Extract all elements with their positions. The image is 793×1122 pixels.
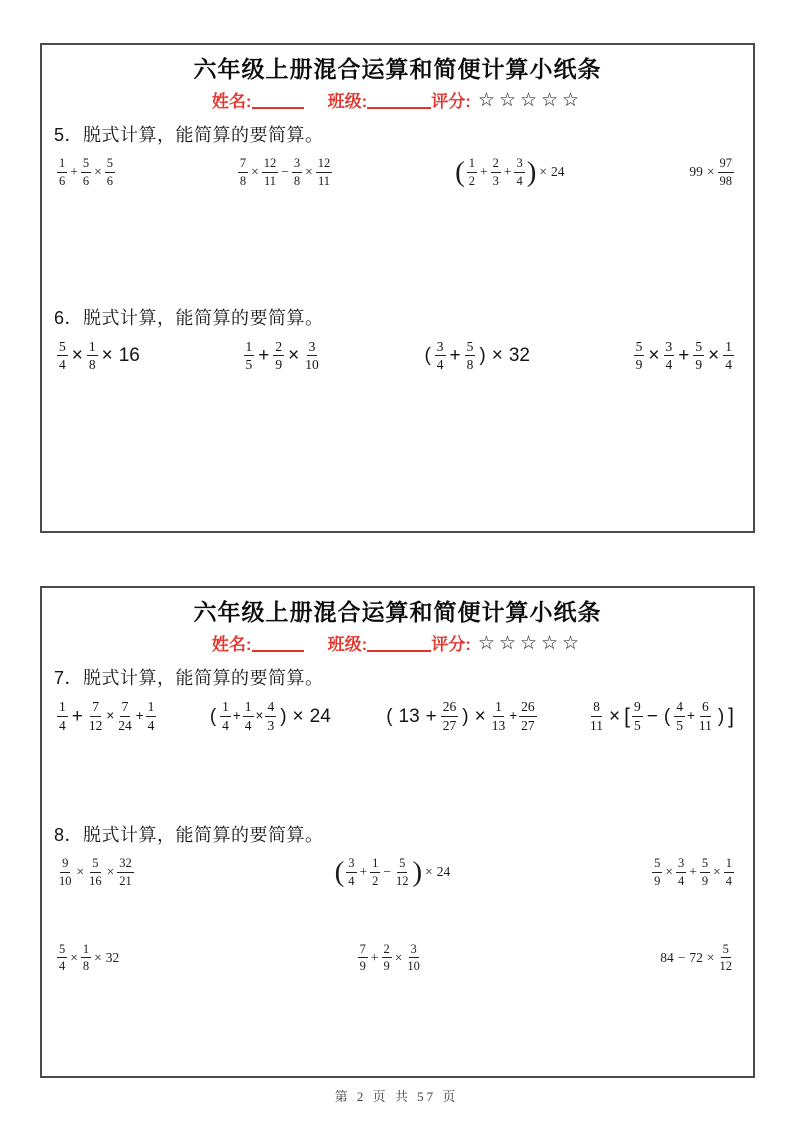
math-operator: − — [647, 707, 658, 726]
denominator: 13 — [490, 717, 508, 734]
fraction: 910 — [57, 856, 74, 888]
math-operator: × — [707, 165, 715, 179]
math-operator: × — [288, 346, 299, 365]
page-indicator: 第 2 页 共 57 页 — [335, 1089, 459, 1104]
math-operator: × — [102, 346, 113, 365]
numerator: 12 — [316, 156, 333, 172]
fraction: 34 — [676, 856, 686, 888]
numerator: 1 — [81, 942, 91, 958]
class-label: 班级: — [328, 634, 368, 655]
problem-block: 7．脱式计算，能简算的要简算。14+712×724+14(14+14×43)×2… — [52, 664, 743, 733]
fraction: 23 — [491, 156, 501, 188]
problem-block: 8．脱式计算，能简算的要简算。910×516×3221(34+12−512)×2… — [52, 821, 743, 974]
math-operator: + — [689, 865, 697, 879]
fraction: 79 — [358, 942, 368, 974]
numerator: 2 — [382, 942, 392, 958]
math-expression: 54×18×32 — [56, 942, 121, 974]
page-footer: 第 2 页 共 57 页 — [0, 1086, 793, 1105]
fraction: 724 — [116, 699, 134, 733]
numerator: 1 — [244, 339, 255, 357]
math-operator: + — [258, 346, 269, 365]
fraction: 34 — [346, 856, 356, 888]
numerator: 1 — [57, 156, 67, 172]
fraction: 2627 — [441, 699, 459, 733]
math-expression: 59×34+59×14 — [633, 339, 735, 373]
denominator: 9 — [382, 958, 392, 973]
numerator: 5 — [90, 856, 100, 872]
numerator: 9 — [60, 856, 70, 872]
numerator: 6 — [700, 699, 711, 717]
math-operator: × — [293, 707, 304, 726]
math-expression: 59×34+59×14 — [651, 856, 735, 888]
fraction: 59 — [652, 856, 662, 888]
fraction: 38 — [292, 156, 302, 188]
math-operator: × — [72, 346, 83, 365]
fraction: 310 — [303, 339, 321, 373]
denominator: 4 — [57, 717, 68, 734]
rating-stars: ☆☆☆☆☆ — [478, 91, 583, 112]
math-operator: + — [426, 707, 437, 726]
math-operator: + — [371, 951, 379, 965]
math-expression: 99×9798 — [687, 156, 735, 188]
numerator: 9 — [632, 699, 643, 717]
denominator: 2 — [467, 173, 477, 188]
worksheet-page: 六年级上册混合运算和简便计算小纸条姓名:班级:评分:☆☆☆☆☆7．脱式计算，能简… — [40, 586, 755, 1078]
numerator: 5 — [700, 856, 710, 872]
numerator: 5 — [693, 339, 704, 357]
problem-heading: 5．脱式计算，能简算的要简算。 — [54, 121, 743, 147]
denominator: 8 — [292, 173, 302, 188]
math-operator: × — [395, 951, 403, 965]
math-operator: + — [233, 709, 241, 723]
expression-row: 14+712×724+14(14+14×43)×24(13+2627)×113+… — [52, 697, 743, 733]
denominator: 4 — [346, 873, 356, 888]
denominator: 24 — [116, 717, 134, 734]
math-paren: ) — [462, 707, 468, 726]
worksheet-title: 六年级上册混合运算和简便计算小纸条 — [52, 598, 743, 628]
class-blank — [367, 648, 431, 652]
denominator: 5 — [244, 356, 255, 373]
math-operator: × — [648, 346, 659, 365]
math-operator: + — [72, 707, 83, 726]
math-paren: ) — [527, 157, 537, 187]
fraction: 56 — [105, 156, 115, 188]
denominator: 9 — [700, 873, 710, 888]
math-paren: ( — [210, 707, 216, 726]
fraction: 1211 — [262, 156, 279, 188]
math-expression: (12+23+34)×24 — [454, 156, 566, 188]
fraction: 3221 — [117, 856, 134, 888]
numerator: 3 — [307, 339, 318, 357]
math-paren: ( — [386, 707, 392, 726]
numerator: 4 — [674, 699, 685, 717]
fraction: 54 — [57, 339, 68, 373]
math-paren: ) — [479, 346, 485, 365]
fraction: 16 — [57, 156, 67, 188]
numerator: 1 — [146, 699, 157, 717]
denominator: 16 — [87, 873, 104, 888]
denominator: 4 — [676, 873, 686, 888]
math-paren: ) — [280, 707, 286, 726]
fraction: 78 — [238, 156, 248, 188]
math-operator: × — [609, 707, 620, 726]
numerator: 5 — [57, 339, 68, 357]
math-operator: × — [94, 165, 102, 179]
numerator: 5 — [634, 339, 645, 357]
name-blank — [252, 105, 304, 109]
math-number: 24 — [437, 865, 451, 879]
denominator: 9 — [652, 873, 662, 888]
math-operator: × — [425, 865, 433, 879]
denominator: 8 — [238, 173, 248, 188]
math-operator: × — [70, 951, 78, 965]
numerator: 2 — [273, 339, 284, 357]
fraction: 18 — [87, 339, 98, 373]
denominator: 12 — [87, 717, 105, 734]
header-fields: 姓名:班级:评分:☆☆☆☆☆ — [52, 91, 743, 112]
denominator: 9 — [273, 356, 284, 373]
header-fields: 姓名:班级:评分:☆☆☆☆☆ — [52, 634, 743, 655]
numerator: 7 — [90, 699, 101, 717]
fraction: 56 — [81, 156, 91, 188]
math-operator: + — [687, 709, 695, 723]
denominator: 11 — [316, 173, 332, 188]
math-paren: ( — [424, 346, 430, 365]
numerator: 7 — [358, 942, 368, 958]
worksheet-page: 六年级上册混合运算和简便计算小纸条姓名:班级:评分:☆☆☆☆☆5．脱式计算，能简… — [40, 43, 755, 533]
fraction: 14 — [724, 856, 734, 888]
fraction: 45 — [674, 699, 685, 733]
fraction: 512 — [394, 856, 411, 888]
denominator: 4 — [146, 717, 157, 734]
denominator: 4 — [664, 356, 675, 373]
math-paren: ( — [664, 707, 670, 726]
math-paren: [ — [624, 706, 630, 727]
denominator: 8 — [81, 958, 91, 973]
fraction: 2627 — [519, 699, 537, 733]
denominator: 3 — [265, 717, 276, 734]
denominator: 4 — [57, 958, 67, 973]
numerator: 1 — [87, 339, 98, 357]
numerator: 5 — [652, 856, 662, 872]
math-paren: ) — [413, 857, 423, 887]
numerator: 2 — [491, 156, 501, 172]
math-operator: × — [94, 951, 102, 965]
denominator: 5 — [632, 717, 643, 734]
math-expression: (13+2627)×113+2627 — [383, 699, 537, 733]
class-blank — [367, 105, 431, 109]
numerator: 8 — [591, 699, 602, 717]
math-number: 24 — [551, 165, 565, 179]
denominator: 27 — [519, 717, 537, 734]
denominator: 2 — [370, 873, 380, 888]
denominator: 12 — [718, 958, 735, 973]
score-label: 评分: — [431, 634, 471, 655]
numerator: 3 — [676, 856, 686, 872]
denominator: 27 — [441, 717, 459, 734]
fraction: 712 — [87, 699, 105, 733]
expression-row: 54×18×3279+29×31084−72×512 — [52, 940, 743, 974]
fraction: 95 — [632, 699, 643, 733]
math-expression: 15+29×310 — [243, 339, 322, 373]
numerator: 3 — [435, 339, 446, 357]
fraction: 15 — [244, 339, 255, 373]
math-number: 32 — [509, 346, 530, 365]
math-expression: 811×[95−(45+611)] — [587, 699, 735, 733]
numerator: 5 — [721, 942, 731, 958]
problem-block: 5．脱式计算，能简算的要简算。16+56×5678×1211−38×1211(1… — [52, 121, 743, 188]
worksheet-title: 六年级上册混合运算和简便计算小纸条 — [52, 55, 743, 85]
math-operator: × — [708, 346, 719, 365]
name-label: 姓名: — [212, 634, 252, 655]
denominator: 9 — [693, 356, 704, 373]
numerator: 1 — [467, 156, 477, 172]
fraction: 1211 — [316, 156, 333, 188]
math-expression: (34+58)×32 — [421, 339, 533, 373]
numerator: 5 — [105, 156, 115, 172]
math-operator: × — [77, 865, 85, 879]
math-number: 99 — [689, 165, 703, 179]
fraction: 310 — [405, 942, 422, 974]
fraction: 12 — [467, 156, 477, 188]
math-expression: 84−72×512 — [658, 942, 735, 974]
fraction: 34 — [435, 339, 446, 373]
math-expression: 78×1211−38×1211 — [237, 156, 333, 188]
denominator: 9 — [634, 356, 645, 373]
denominator: 11 — [697, 717, 714, 734]
numerator: 5 — [397, 856, 407, 872]
fraction: 14 — [243, 699, 254, 733]
math-number: 16 — [119, 346, 140, 365]
expression-row: 54×18×1615+29×310(34+58)×3259×34+59×14 — [52, 337, 743, 373]
numerator: 97 — [718, 156, 735, 172]
math-number: 84 — [660, 951, 674, 965]
denominator: 4 — [57, 356, 68, 373]
fraction: 113 — [490, 699, 508, 733]
denominator: 8 — [465, 356, 476, 373]
math-operator: × — [539, 165, 547, 179]
fraction: 14 — [220, 699, 231, 733]
numerator: 3 — [346, 856, 356, 872]
math-operator: + — [360, 865, 368, 879]
denominator: 4 — [514, 173, 524, 188]
math-expression: (34+12−512)×24 — [334, 856, 453, 888]
numerator: 1 — [493, 699, 504, 717]
denominator: 4 — [243, 717, 254, 734]
denominator: 6 — [81, 173, 91, 188]
denominator: 98 — [718, 173, 735, 188]
math-operator: − — [281, 165, 289, 179]
denominator: 4 — [723, 356, 734, 373]
denominator: 9 — [358, 958, 368, 973]
denominator: 11 — [588, 717, 605, 734]
numerator: 3 — [514, 156, 524, 172]
math-paren: ( — [335, 857, 345, 887]
fraction: 611 — [697, 699, 714, 733]
denominator: 8 — [87, 356, 98, 373]
numerator: 5 — [57, 942, 67, 958]
math-operator: + — [136, 709, 144, 723]
numerator: 32 — [117, 856, 134, 872]
math-operator: + — [509, 709, 517, 723]
fraction: 18 — [81, 942, 91, 974]
fraction: 14 — [146, 699, 157, 733]
numerator: 1 — [370, 856, 380, 872]
numerator: 1 — [723, 339, 734, 357]
numerator: 1 — [724, 856, 734, 872]
math-operator: − — [383, 865, 391, 879]
denominator: 10 — [303, 356, 321, 373]
math-number: 13 — [399, 707, 420, 726]
math-paren: ( — [455, 157, 465, 187]
numerator: 5 — [81, 156, 91, 172]
denominator: 10 — [405, 958, 422, 973]
math-operator: × — [707, 951, 715, 965]
math-operator: × — [256, 709, 264, 723]
problem-heading: 8．脱式计算，能简算的要简算。 — [54, 821, 743, 847]
math-number: 72 — [689, 951, 703, 965]
score-label: 评分: — [431, 91, 471, 112]
math-operator: − — [678, 951, 686, 965]
math-operator: × — [713, 865, 721, 879]
denominator: 6 — [57, 173, 67, 188]
denominator: 4 — [435, 356, 446, 373]
math-number: 24 — [310, 707, 331, 726]
denominator: 11 — [262, 173, 278, 188]
math-operator: + — [480, 165, 488, 179]
fraction: 34 — [514, 156, 524, 188]
denominator: 4 — [220, 717, 231, 734]
math-paren: ) — [718, 707, 724, 726]
numerator: 7 — [120, 699, 131, 717]
numerator: 4 — [265, 699, 276, 717]
math-expression: (14+14×43)×24 — [207, 699, 334, 733]
fraction: 29 — [382, 942, 392, 974]
math-operator: × — [665, 865, 673, 879]
fraction: 516 — [87, 856, 104, 888]
math-expression: 54×18×16 — [56, 339, 143, 373]
numerator: 1 — [243, 699, 254, 717]
denominator: 4 — [724, 873, 734, 888]
math-expression: 16+56×56 — [56, 156, 116, 188]
math-operator: × — [107, 865, 115, 879]
numerator: 1 — [57, 699, 68, 717]
numerator: 3 — [664, 339, 675, 357]
name-blank — [252, 648, 304, 652]
math-expression: 14+712×724+14 — [56, 699, 157, 733]
numerator: 7 — [238, 156, 248, 172]
math-operator: × — [106, 709, 114, 723]
denominator: 3 — [491, 173, 501, 188]
math-paren: ] — [728, 706, 734, 727]
numerator: 26 — [519, 699, 537, 717]
denominator: 6 — [105, 173, 115, 188]
problem-heading: 6．脱式计算，能简算的要简算。 — [54, 304, 743, 330]
math-operator: × — [492, 346, 503, 365]
numerator: 3 — [409, 942, 419, 958]
numerator: 26 — [441, 699, 459, 717]
math-number: 32 — [106, 951, 120, 965]
class-label: 班级: — [328, 91, 368, 112]
math-operator: × — [251, 165, 259, 179]
fraction: 512 — [718, 942, 735, 974]
fraction: 29 — [273, 339, 284, 373]
math-expression: 910×516×3221 — [56, 856, 135, 888]
math-operator: × — [475, 707, 486, 726]
denominator: 12 — [394, 873, 411, 888]
math-expression: 79+29×310 — [357, 942, 423, 974]
numerator: 12 — [262, 156, 279, 172]
fraction: 54 — [57, 942, 67, 974]
expression-row: 910×516×3221(34+12−512)×2459×34+59×14 — [52, 854, 743, 888]
numerator: 1 — [220, 699, 231, 717]
fraction: 59 — [693, 339, 704, 373]
math-operator: × — [305, 165, 313, 179]
fraction: 59 — [700, 856, 710, 888]
fraction: 59 — [634, 339, 645, 373]
math-operator: + — [678, 346, 689, 365]
denominator: 5 — [674, 717, 685, 734]
problem-heading: 7．脱式计算，能简算的要简算。 — [54, 664, 743, 690]
rating-stars: ☆☆☆☆☆ — [478, 634, 583, 655]
math-operator: + — [450, 346, 461, 365]
name-label: 姓名: — [212, 91, 252, 112]
fraction: 34 — [664, 339, 675, 373]
fraction: 811 — [588, 699, 605, 733]
numerator: 3 — [292, 156, 302, 172]
fraction: 43 — [265, 699, 276, 733]
math-operator: + — [70, 165, 78, 179]
denominator: 21 — [117, 873, 134, 888]
denominator: 10 — [57, 873, 74, 888]
math-operator: + — [504, 165, 512, 179]
expression-row: 16+56×5678×1211−38×1211(12+23+34)×2499×9… — [52, 154, 743, 188]
problem-block: 6．脱式计算，能简算的要简算。54×18×1615+29×310(34+58)×… — [52, 304, 743, 373]
fraction: 58 — [465, 339, 476, 373]
fraction: 12 — [370, 856, 380, 888]
numerator: 5 — [465, 339, 476, 357]
fraction: 14 — [723, 339, 734, 373]
fraction: 14 — [57, 699, 68, 733]
fraction: 9798 — [718, 156, 735, 188]
